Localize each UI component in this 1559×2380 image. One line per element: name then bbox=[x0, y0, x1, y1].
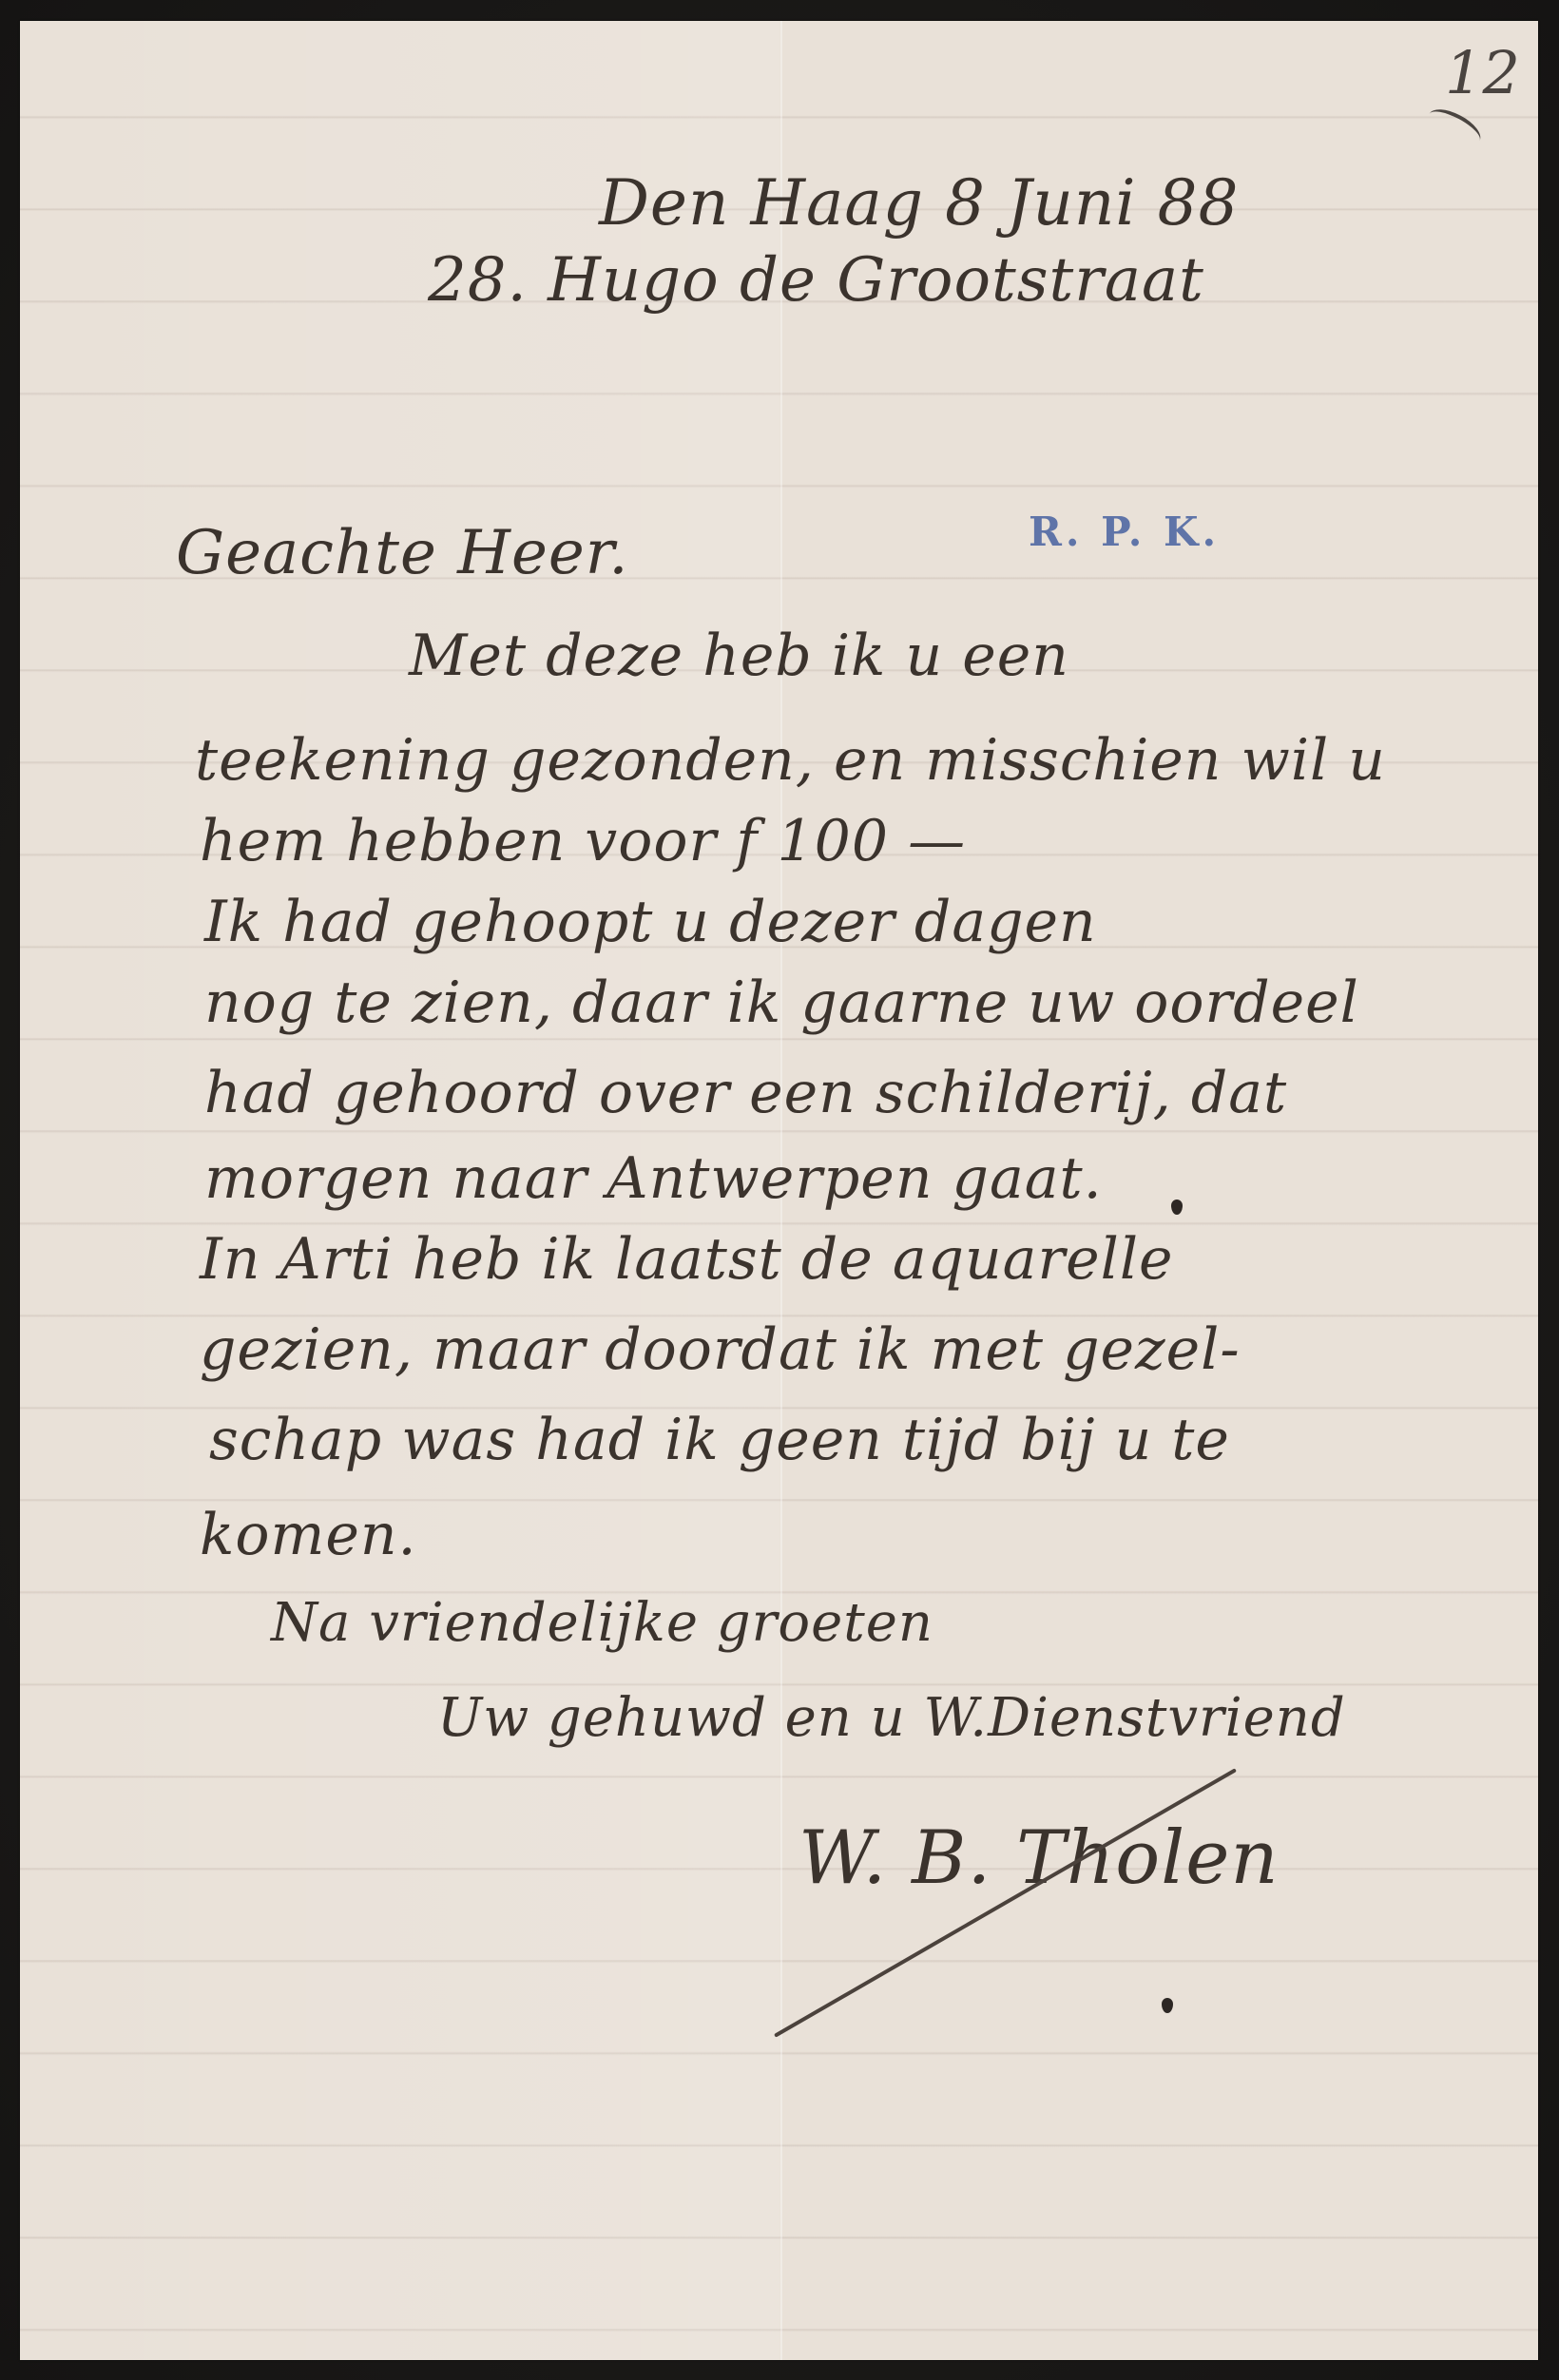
closing-line-2: Uw gehuwd en u W.Dienstvriend bbox=[437, 1687, 1346, 1749]
folio-number: 12 bbox=[1445, 38, 1520, 107]
body-line: gezien, maar doordat ik met gezel- bbox=[200, 1316, 1241, 1383]
body-line: hem hebben voor f 100 — bbox=[200, 808, 966, 874]
body-line: teekening gezonden, en misschien wil u bbox=[195, 727, 1386, 794]
closing: Na vriendelijke groeten bbox=[271, 1592, 933, 1654]
body-line: nog te zien, daar ik gaarne uw oordeel bbox=[204, 969, 1359, 1036]
salutation: Geachte Heer. bbox=[176, 518, 629, 588]
body-line: had gehoord over een schilderij, dat bbox=[204, 1060, 1287, 1126]
body-line: Met deze heb ik u een bbox=[409, 623, 1069, 689]
body-line: komen. bbox=[200, 1502, 417, 1568]
body-line: morgen naar Antwerpen gaat. bbox=[204, 1145, 1103, 1212]
scan-frame: 12 Den Haag 8 Juni 88 28. Hugo de Groots… bbox=[0, 0, 1559, 2380]
body-line: schap was had ik geen tijd bij u te bbox=[209, 1407, 1230, 1473]
rpk-stamp: R. P. K. bbox=[1029, 509, 1220, 555]
address: 28. Hugo de Grootstraat bbox=[428, 245, 1204, 316]
signature: W. B. Tholen bbox=[799, 1815, 1280, 1901]
body-line: Ik had gehoopt u dezer dagen bbox=[204, 889, 1097, 955]
place-date: Den Haag 8 Juni 88 bbox=[599, 166, 1239, 240]
body-line: In Arti heb ik laatst de aquarelle bbox=[200, 1226, 1174, 1293]
